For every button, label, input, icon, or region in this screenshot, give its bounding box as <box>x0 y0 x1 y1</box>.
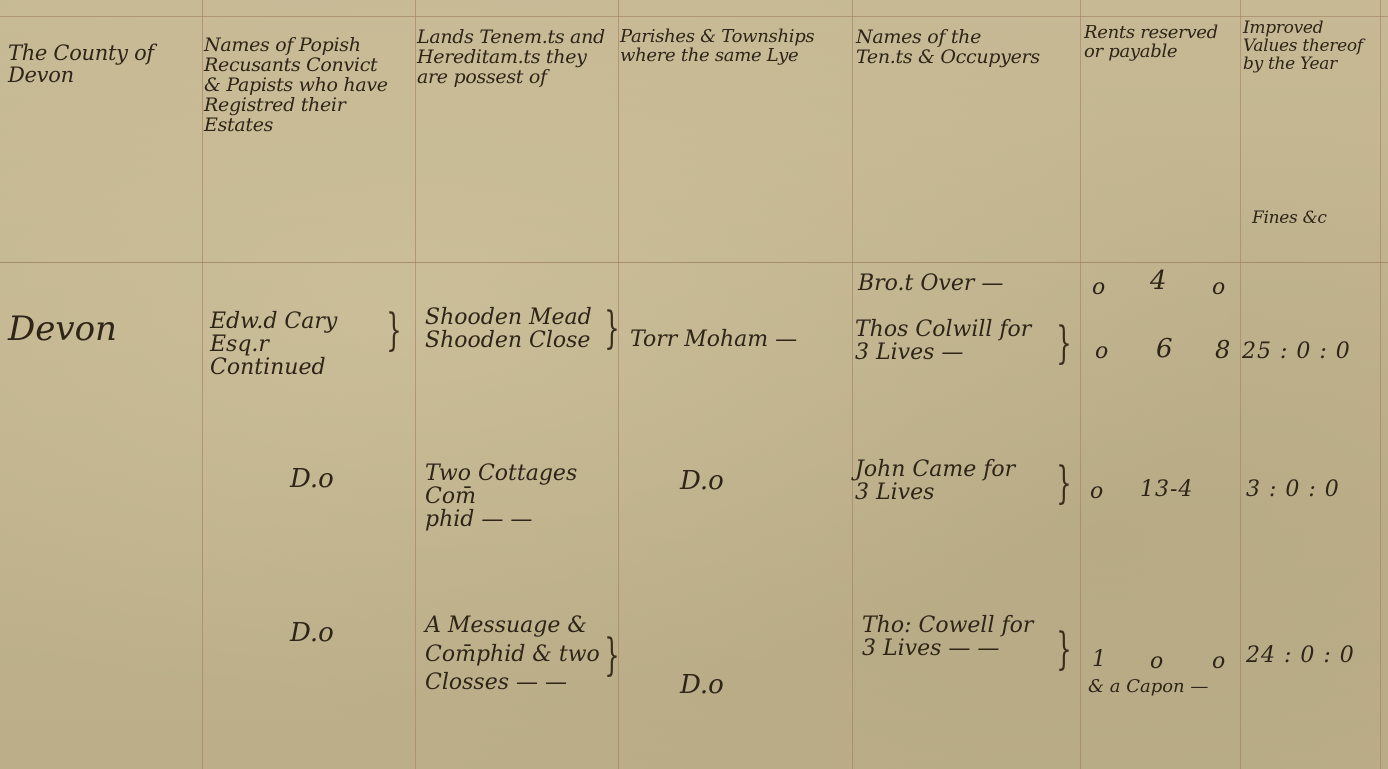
row3-improved: 24 : 0 : 0 <box>1246 644 1355 667</box>
row2-lands: Two Cottages Com̄ phid — — <box>425 462 610 531</box>
brace: } <box>604 630 619 681</box>
row3-rent-l: 1 <box>1092 648 1107 671</box>
top-rule <box>0 16 1388 17</box>
brace: } <box>1056 624 1071 675</box>
brace: } <box>386 305 401 356</box>
brace: } <box>1056 318 1071 369</box>
row1-tenant2: Thos Colwill for 3 Lives — <box>855 318 1075 364</box>
row2-parish: D.o <box>680 468 724 495</box>
row1-names: Edw.d Cary Esq.r Continued <box>210 310 390 379</box>
header-improved: Improved Values thereof by the Year <box>1243 20 1380 74</box>
header-divider-rule <box>0 262 1388 263</box>
row1-rent1-s: 4 <box>1150 268 1168 295</box>
row2-improved: 3 : 0 : 0 <box>1246 478 1340 501</box>
row3-rent-d: o <box>1212 650 1226 673</box>
header-county: The County of Devon <box>8 42 203 86</box>
row3-tenant: Tho: Cowell for 3 Lives — — <box>862 614 1062 660</box>
header-fines-note: Fines &c <box>1252 210 1327 228</box>
brace: } <box>604 303 619 354</box>
row2-rent-sd: 13-4 <box>1140 478 1193 501</box>
row3-rent-extra: & a Capon — <box>1088 678 1208 697</box>
row2-names: D.o <box>290 466 334 493</box>
header-rents: Rents reserved or payable <box>1084 24 1240 62</box>
row3-names: D.o <box>290 620 334 647</box>
row1-rent2-s: 6 <box>1156 336 1174 363</box>
row2-tenant: John Came for 3 Lives <box>855 458 1055 504</box>
row2-rent-l: o <box>1090 480 1104 503</box>
row3-lands: A Messuage & Com̄phid & two Closses — — <box>425 612 610 698</box>
row3-rent-s: o <box>1150 650 1164 673</box>
register-page: The County of Devon Names of Popish Recu… <box>0 0 1388 769</box>
row1-county: Devon <box>8 312 117 348</box>
header-lands: Lands Tenem.ts and Hereditam.ts they are… <box>417 28 617 88</box>
column-rule <box>202 0 203 769</box>
header-tenants: Names of the Ten.ts & Occupyers <box>856 28 1078 68</box>
column-rule <box>1080 0 1081 769</box>
column-rule <box>1380 0 1381 769</box>
row1-rent1-d: o <box>1212 276 1226 299</box>
row1-improved: 25 : 0 : 0 <box>1242 340 1351 363</box>
header-parishes: Parishes & Townships where the same Lye <box>620 28 852 66</box>
header-names: Names of Popish Recusants Convict & Papi… <box>204 36 418 136</box>
row1-rent2-l: o <box>1095 340 1109 363</box>
row1-tenant1: Bro.t Over — <box>858 272 1003 295</box>
row1-rent2-d: 8 <box>1215 338 1231 363</box>
row3-parish: D.o <box>680 672 724 699</box>
brace: } <box>1056 458 1071 509</box>
row1-lands: Shooden Mead Shooden Close <box>425 306 605 352</box>
row1-parish: Torr Moham — <box>630 328 797 351</box>
row1-rent1-l: o <box>1092 276 1106 299</box>
column-rule <box>1240 0 1241 769</box>
column-rule <box>852 0 853 769</box>
